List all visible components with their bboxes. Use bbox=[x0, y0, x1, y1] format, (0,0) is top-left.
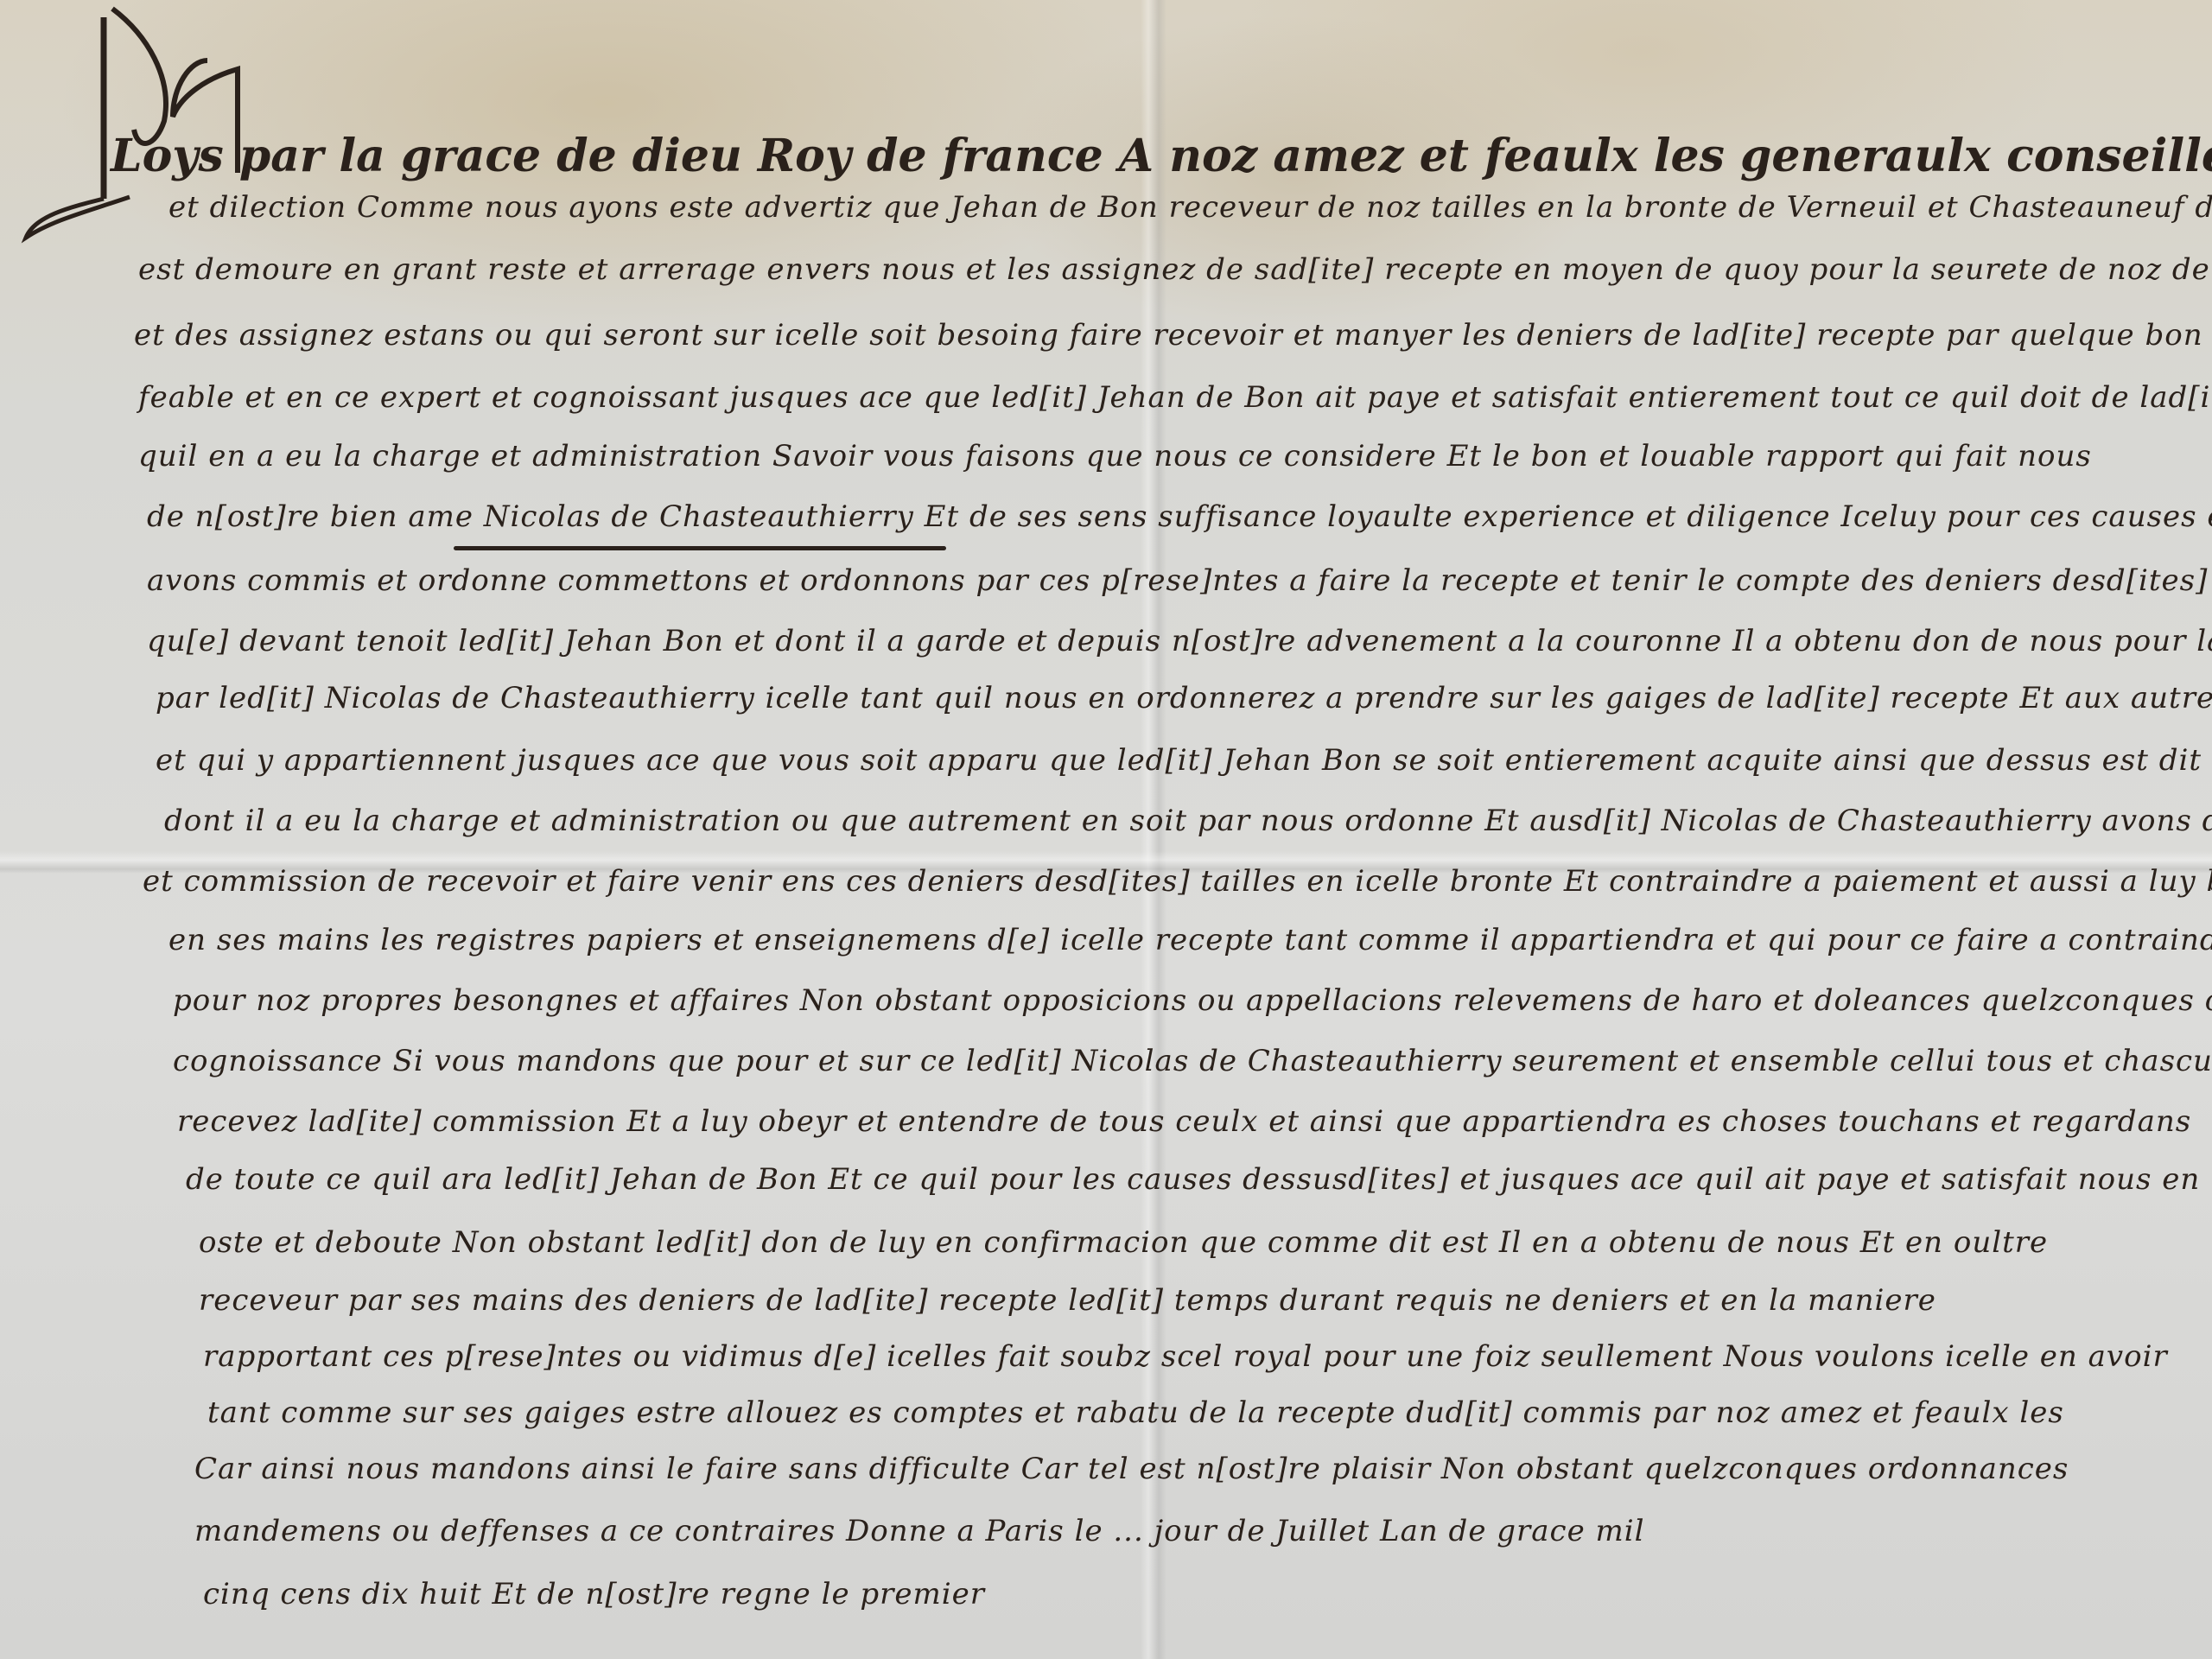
manuscript-line-8: avons commis et ordonne commettons et or… bbox=[147, 563, 2212, 598]
manuscript-line-19: oste et deboute Non obstant led[it] don … bbox=[199, 1225, 2048, 1260]
manuscript-line-21: rapportant ces p[rese]ntes ou vidimus d[… bbox=[203, 1339, 2168, 1374]
manuscript-line-14: en ses mains les registres papiers et en… bbox=[168, 923, 2212, 957]
manuscript-line-12: dont il a eu la charge et administration… bbox=[164, 804, 2212, 838]
manuscript-line-10: par led[it] Nicolas de Chasteauthierry i… bbox=[156, 681, 2212, 715]
manuscript-line-25: cinq cens dix huit Et de n[ost]re regne … bbox=[203, 1577, 985, 1611]
manuscript-line-6: quil en a eu la charge et administration… bbox=[138, 439, 2092, 474]
manuscript-line-17: recevez lad[ite] commission Et a luy obe… bbox=[177, 1104, 2191, 1139]
manuscript-line-24: mandemens ou deffenses a ce contraires D… bbox=[194, 1514, 1645, 1548]
manuscript-line-15: pour noz propres besongnes et affaires N… bbox=[173, 983, 2212, 1018]
manuscript-line-1: Loys par la grace de dieu Roy de france … bbox=[111, 130, 2212, 182]
manuscript-line-16: cognoissance Si vous mandons que pour et… bbox=[173, 1044, 2212, 1078]
manuscript-line-4: et des assignez estans ou qui seront sur… bbox=[134, 318, 2212, 353]
name-underline bbox=[454, 546, 946, 550]
manuscript-line-3: est demoure en grant reste et arrerage e… bbox=[138, 252, 2212, 287]
manuscript-line-5: feable et en ce expert et cognoissant ju… bbox=[138, 380, 2212, 415]
manuscript-line-23: Car ainsi nous mandons ainsi le faire sa… bbox=[194, 1452, 2069, 1486]
manuscript-line-20: receveur par ses mains des deniers de la… bbox=[199, 1283, 1936, 1318]
parchment-background: Loys par la grace de dieu Roy de france … bbox=[0, 0, 2212, 1659]
manuscript-line-11: et qui y appartiennent jusques ace que v… bbox=[156, 743, 2212, 778]
manuscript-line-18: de toute ce quil ara led[it] Jehan de Bo… bbox=[186, 1162, 2212, 1197]
manuscript-line-13: et commission de recevoir et faire venir… bbox=[143, 864, 2212, 899]
manuscript-line-22: tant comme sur ses gaiges estre allouez … bbox=[207, 1395, 2064, 1430]
manuscript-line-9: qu[e] devant tenoit led[it] Jehan Bon et… bbox=[147, 624, 2212, 658]
manuscript-line-7: de n[ost]re bien ame Nicolas de Chasteau… bbox=[147, 499, 2212, 534]
manuscript-line-2: et dilection Comme nous ayons este adver… bbox=[168, 190, 2212, 225]
